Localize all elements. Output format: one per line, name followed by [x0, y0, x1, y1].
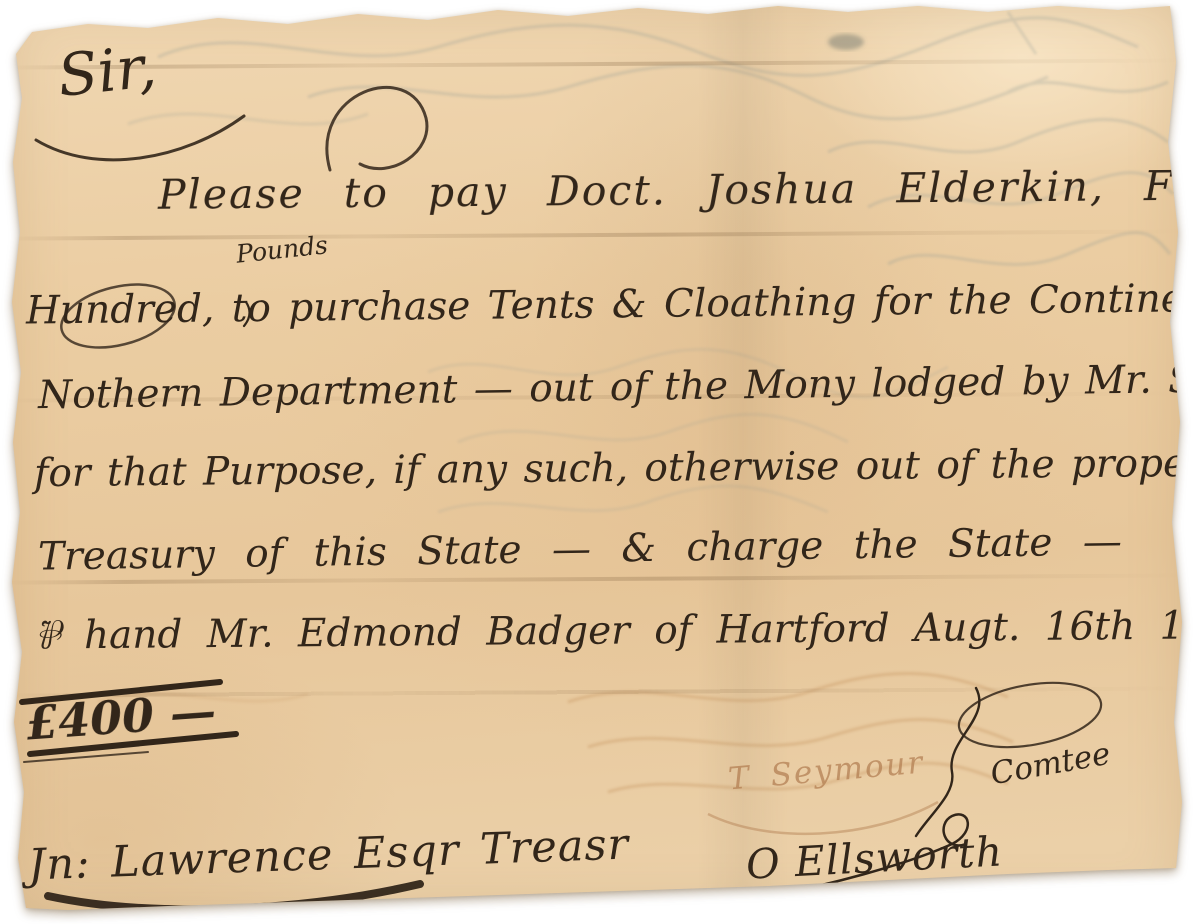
amount: £400 —	[24, 685, 217, 749]
fold-crease	[8, 58, 1188, 69]
photograph-background: Sir, Please to pay Doct. Joshua Elderkin…	[0, 0, 1200, 924]
signature-ellsworth: O Ellsworth	[745, 829, 1004, 887]
body-line-6: ⅌ hand Mr. Edmond Badger of Hartford Aug…	[34, 604, 1200, 658]
body-line-3: Nothern Department — out of the Mony lod…	[38, 357, 1200, 418]
amount-underline	[24, 752, 148, 762]
manuscript-paper: Sir, Please to pay Doct. Joshua Elderkin…	[8, 2, 1188, 914]
body-line-2: Hundred, to purchase Tents & Cloathing f…	[26, 278, 1200, 334]
body-line-1: Please to pay Doct. Joshua Elderkin, Fou…	[158, 163, 1200, 218]
addressee-treasurer: Jn: Lawrence Esqr Treasr	[27, 822, 629, 890]
salutation-swash	[36, 116, 244, 160]
salutation: Sir,	[55, 35, 159, 109]
please-capital-flourish	[327, 87, 427, 170]
committee-notation: Comtee	[988, 737, 1113, 792]
committee-brace	[916, 688, 979, 836]
body-line-4: for that Purpose, if any such, otherwise…	[34, 443, 1200, 496]
fold-crease	[8, 229, 1188, 240]
body-line-5: Treasury of this State — & charge the St…	[38, 521, 1122, 579]
paper-shadow-wrapper: Sir, Please to pay Doct. Joshua Elderkin…	[8, 2, 1188, 914]
